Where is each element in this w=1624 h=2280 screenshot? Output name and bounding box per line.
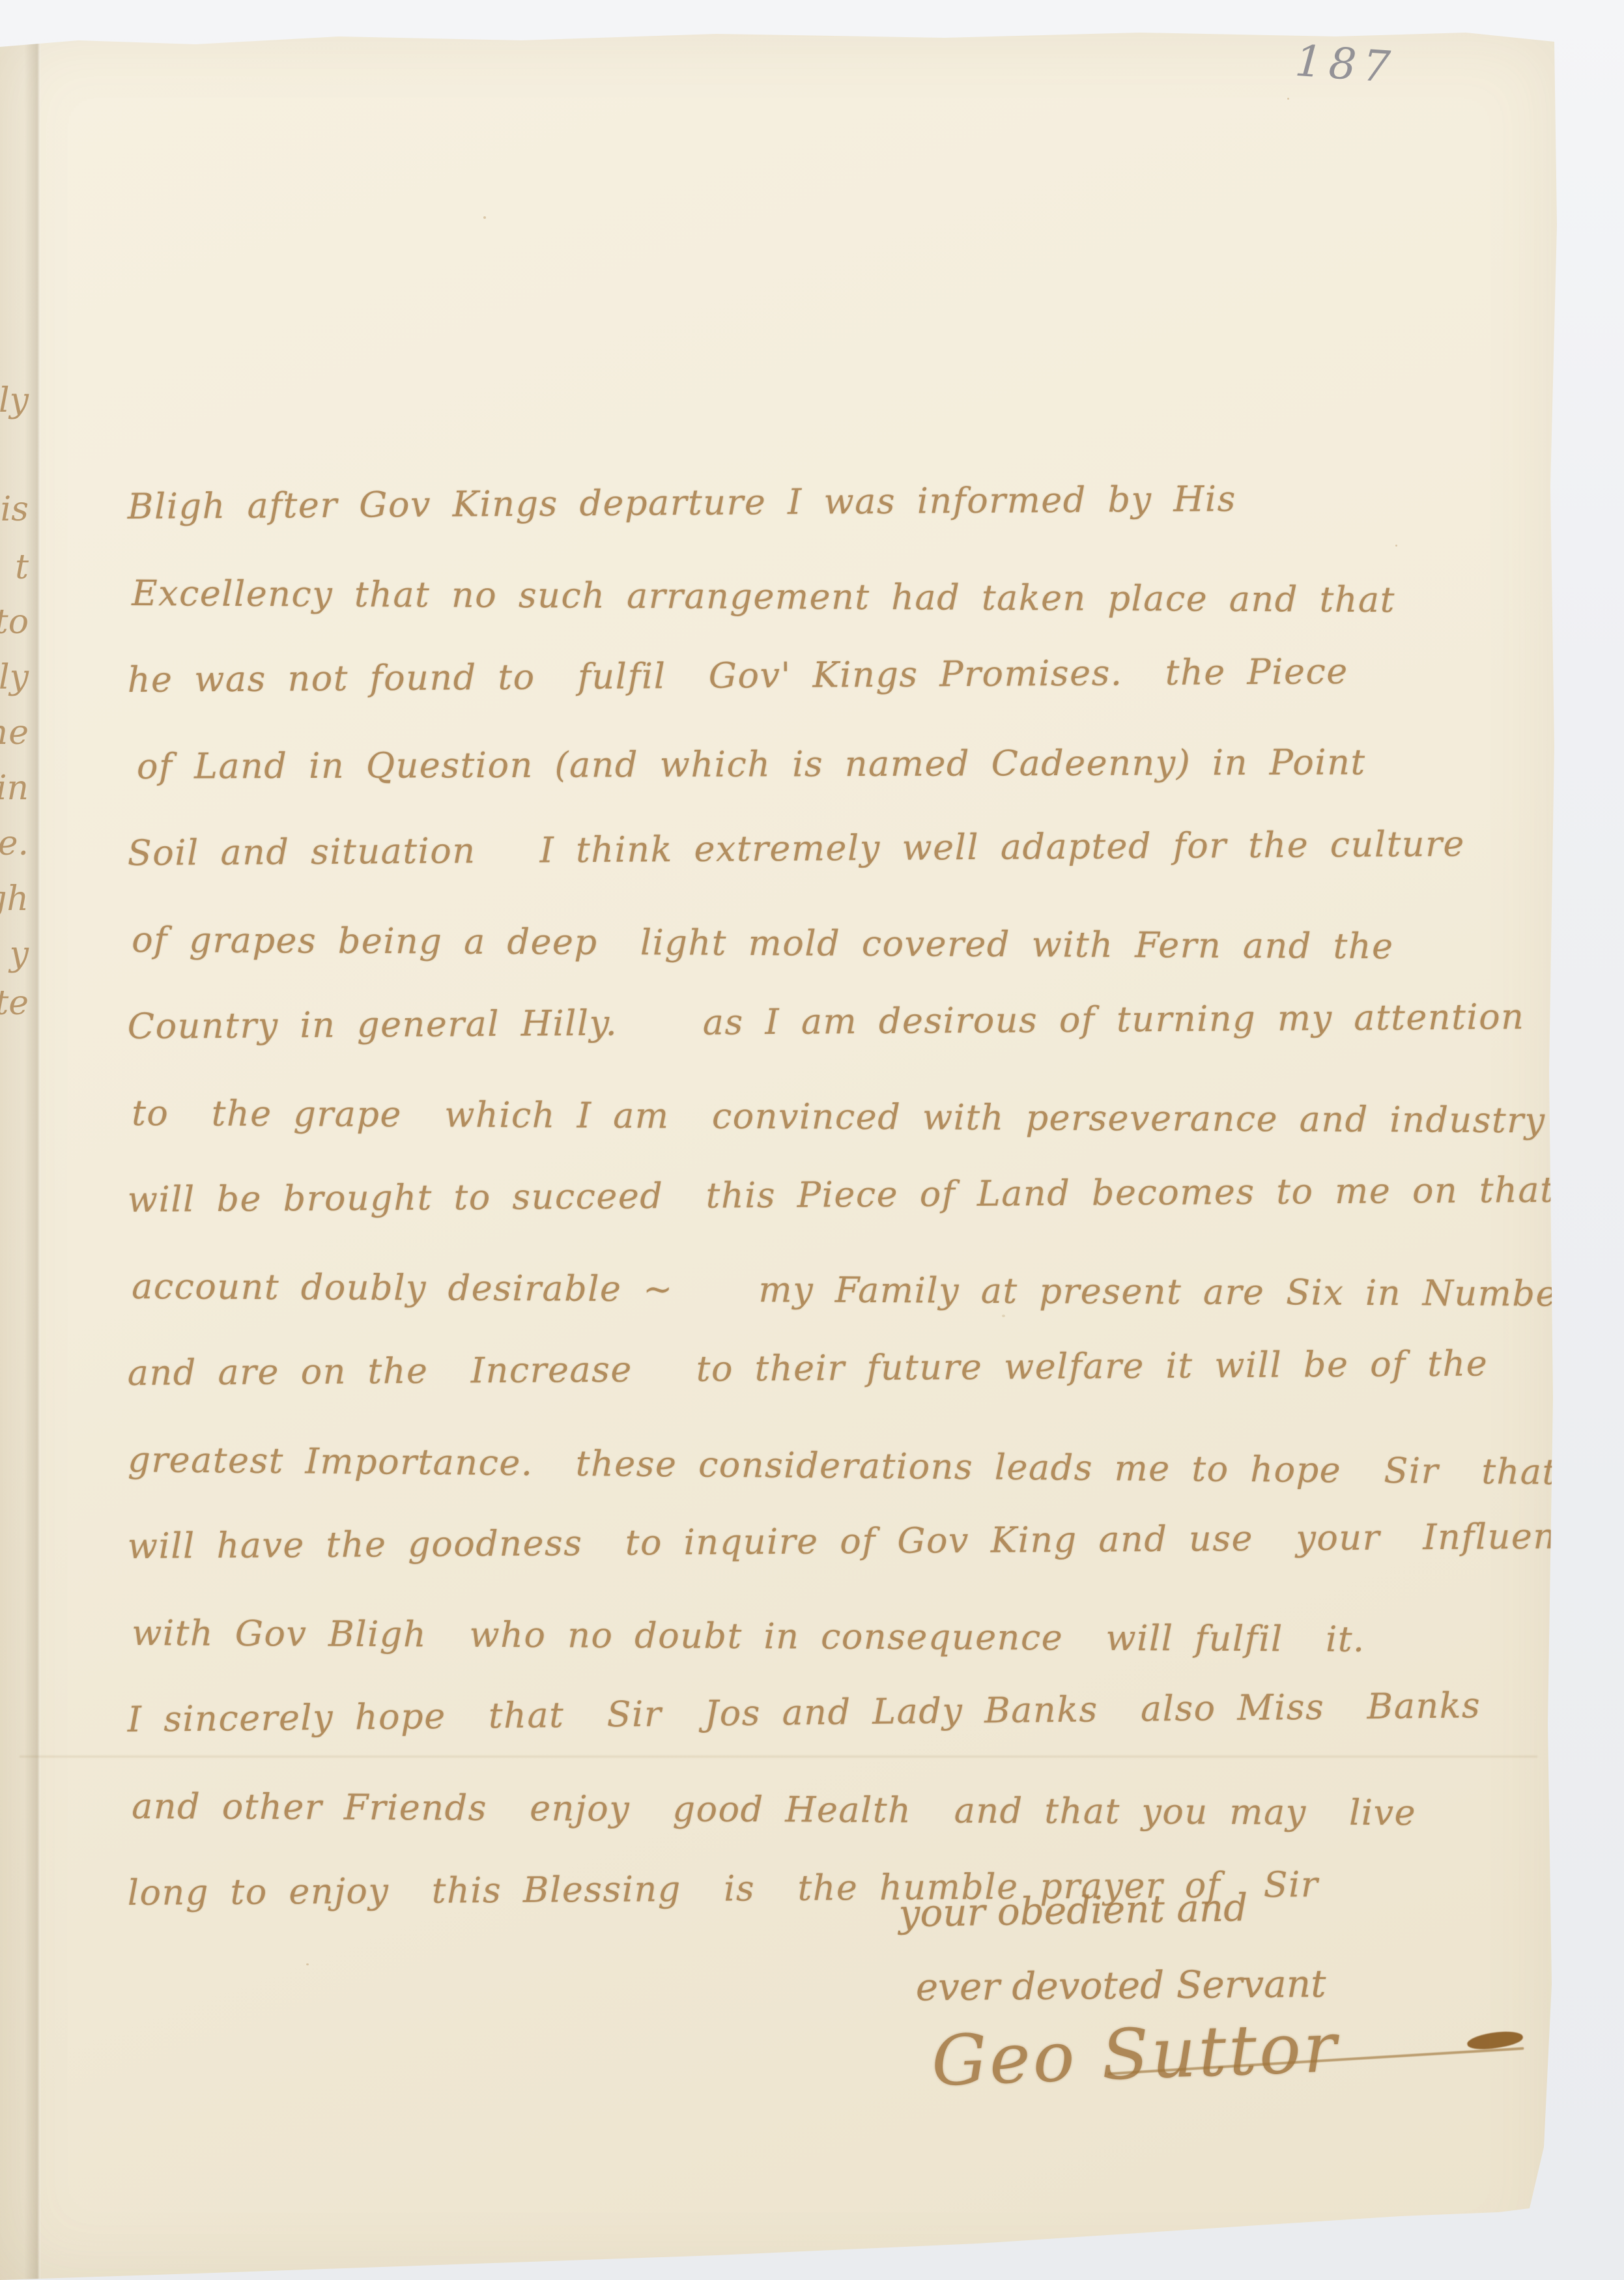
left-page-fragment: the — [0, 713, 29, 752]
letter-sheet: 187 lyisttolytheinte.lighytte Bligh afte… — [0, 30, 1558, 2280]
letter-body: Bligh after Gov Kings departure I was in… — [128, 486, 1535, 1959]
left-page-fragment: te. — [0, 824, 29, 863]
letter-line: will have the goodness to inquire of Gov… — [128, 1516, 1535, 1612]
left-page-fragment: ly — [0, 381, 29, 420]
letter-line: I sincerely hope that Sir Jos and Lady B… — [127, 1684, 1535, 1786]
page-number: 187 — [1294, 36, 1399, 93]
left-page-fragment: to — [0, 603, 29, 642]
letter-line: Bligh after Gov Kings departure I was in… — [128, 476, 1535, 573]
left-page-fragments: lyisttolytheinte.lighytte — [0, 30, 31, 2280]
left-page-fragment: in — [0, 769, 29, 808]
left-page-fragment: ligh — [0, 879, 29, 919]
photo-backdrop: 187 lyisttolytheinte.lighytte Bligh afte… — [0, 0, 1624, 2280]
left-page-fragment: y — [10, 935, 29, 974]
closing-line: your obedient and — [898, 1885, 1310, 1967]
left-page-fragment: ly — [0, 658, 29, 697]
letter-line: long to enjoy this Blessing is the humbl… — [128, 1862, 1535, 1959]
paper-speck — [1287, 98, 1289, 100]
left-page-fragment: t — [15, 548, 29, 587]
letter-line: will be brought to succeed this Piece of… — [128, 1169, 1535, 1266]
letter-line: Country in general Hilly. as I am desiro… — [128, 996, 1535, 1092]
left-page-fragment: is — [1, 490, 29, 529]
signature: Geo Suttor — [930, 2007, 1340, 2102]
letter-line: Soil and situation I think extremely wel… — [128, 823, 1535, 919]
letter-line: of Land in Question (and which is named … — [137, 741, 1544, 833]
paper-speck — [306, 1963, 309, 1965]
letter-line: he was not found to fulfil Gov' Kings Pr… — [128, 649, 1535, 746]
left-page-fragment: tte — [0, 984, 29, 1023]
paper-speck — [483, 216, 486, 219]
letter-line: and are on the Increase to their future … — [128, 1343, 1535, 1439]
